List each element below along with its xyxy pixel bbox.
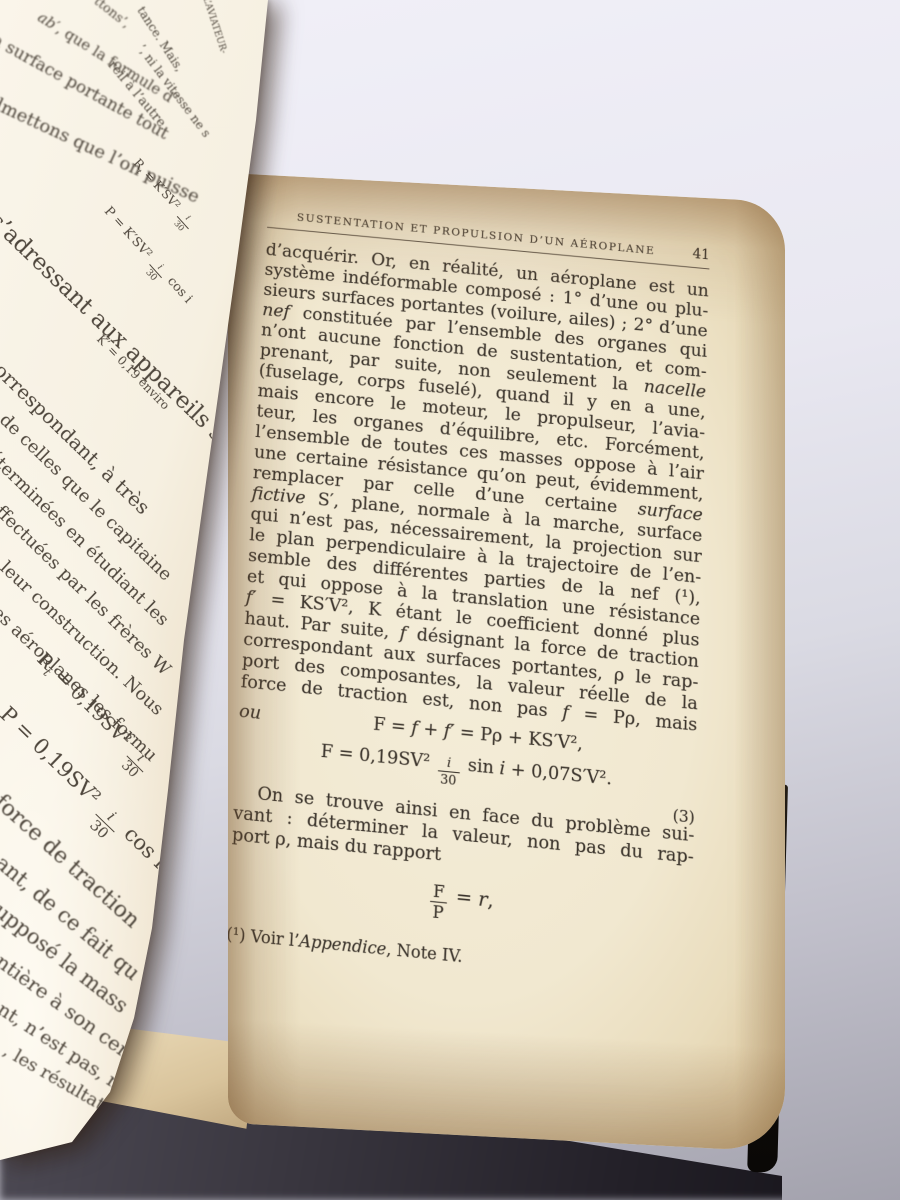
body-paragraph: d’acquérir. Or, en réalité, un aéroplane… xyxy=(240,240,709,736)
left-page-surface: L’AVIATEUR-tance. Mais,’, ni la vitesse … xyxy=(0,0,300,1200)
right-page-content: SUSTENTATION ET PROPULSION D’UN AÉROPLAN… xyxy=(228,206,710,989)
equation-number: (3) xyxy=(672,805,695,827)
book-photo: SUSTENTATION ET PROPULSION D’UN AÉROPLAN… xyxy=(0,0,900,1200)
left-page-fragment: L’AVIATEUR- xyxy=(200,0,228,55)
fraction: i30 xyxy=(437,756,461,788)
fraction: FP xyxy=(429,882,448,921)
left-page: L’AVIATEUR-tance. Mais,’, ni la vitesse … xyxy=(0,0,300,1200)
left-page-fragment: ttons’, xyxy=(91,0,133,31)
page-number: 41 xyxy=(692,246,710,264)
right-page: SUSTENTATION ET PROPULSION D’UN AÉROPLAN… xyxy=(228,173,785,1152)
